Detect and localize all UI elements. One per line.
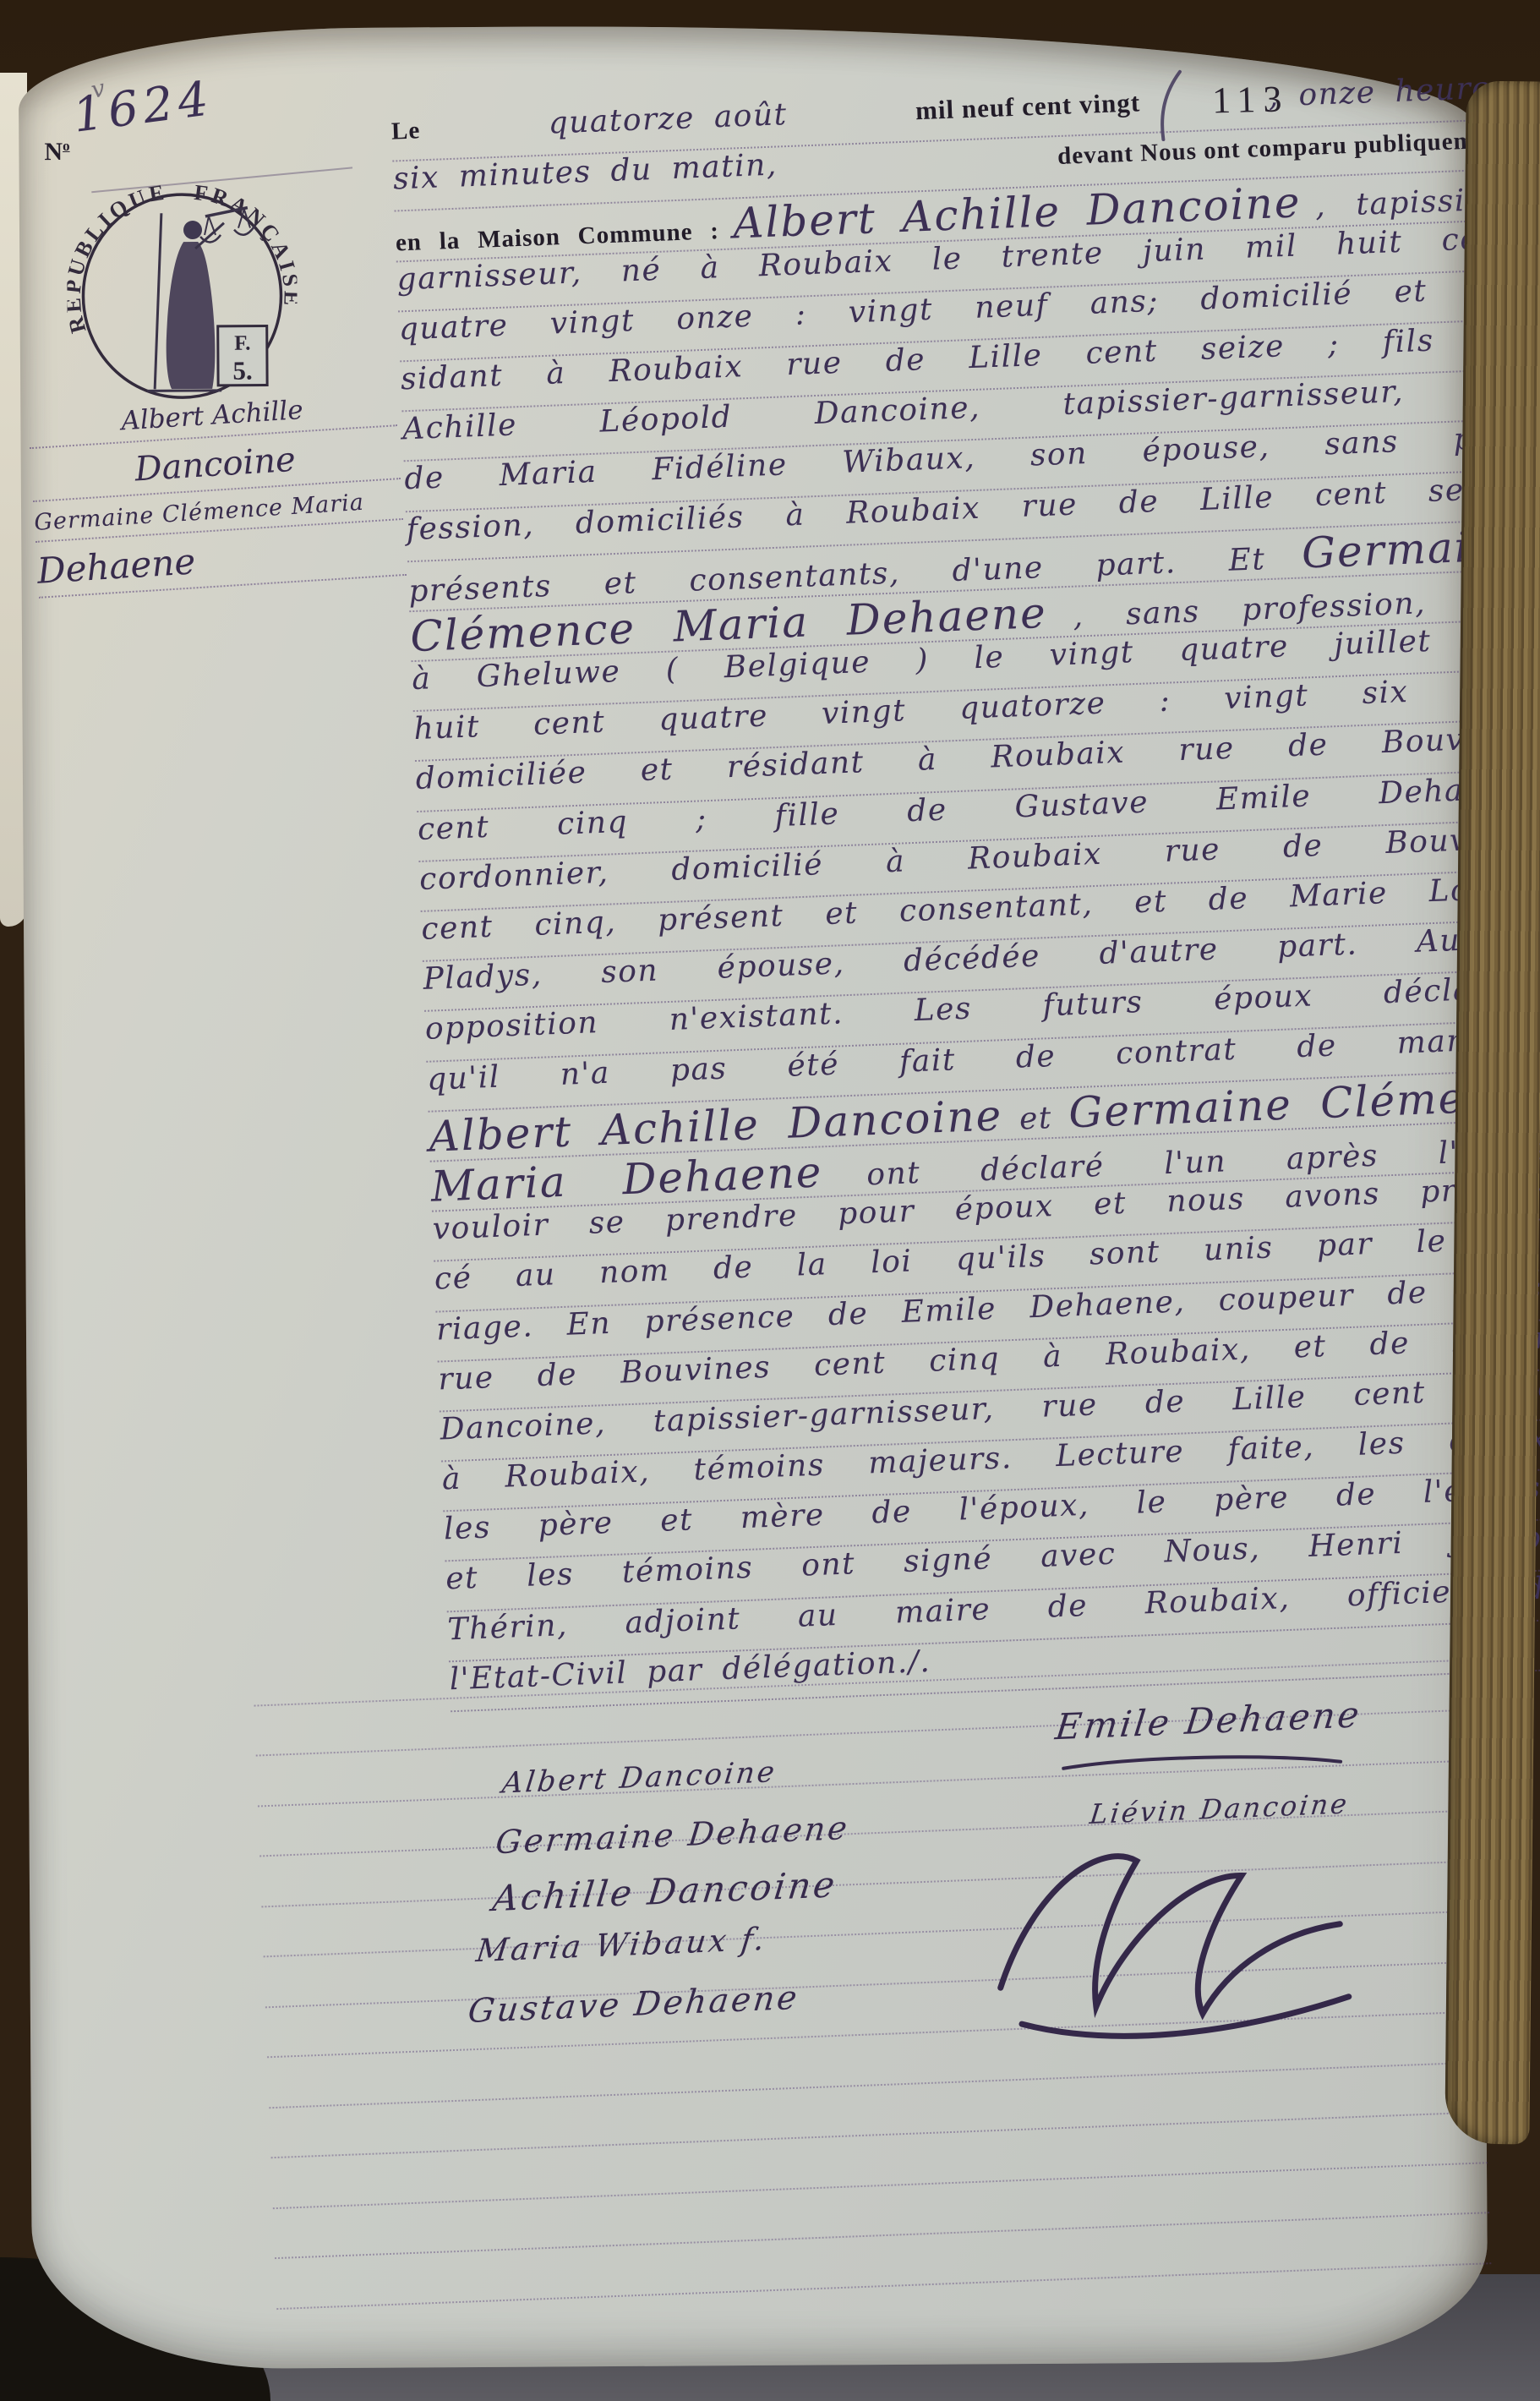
printed-form-text: mil neuf cent vingt	[915, 87, 1140, 126]
no-sup: o	[63, 138, 70, 154]
handwritten-text: et	[1018, 1101, 1052, 1136]
svg-text:RÉPUBLIQUE: RÉPUBLIQUE	[67, 179, 170, 336]
signature-underline-swash	[1062, 1753, 1346, 1774]
printed-form-text: Le	[390, 117, 420, 145]
register-photo: No 1624 v 113 RÉPUBLIQUE FRANÇAISE	[0, 0, 1540, 2401]
seal-box-f: F.	[234, 332, 250, 355]
margin-spouse-names: Albert Achille Dancoine Germaine Clémenc…	[27, 389, 407, 606]
no-label: N	[44, 138, 63, 166]
handwritten-text: quatorze août	[548, 97, 788, 141]
marriage-act-text: Le quatorze août mil neuf cent vingt , o…	[390, 70, 1540, 1712]
officer-signature-flourish	[975, 1821, 1373, 2069]
register-page: No 1624 v 113 RÉPUBLIQUE FRANÇAISE	[19, 21, 1488, 2370]
republique-francaise-seal-icon: RÉPUBLIQUE FRANÇAISE F. 5.	[67, 170, 298, 417]
act-number-label: No	[44, 138, 69, 167]
seal-box-5: 5.	[232, 356, 252, 386]
seal-tariff-box: F. 5.	[218, 325, 267, 385]
seal-text-left: RÉPUBLIQUE	[67, 179, 170, 336]
